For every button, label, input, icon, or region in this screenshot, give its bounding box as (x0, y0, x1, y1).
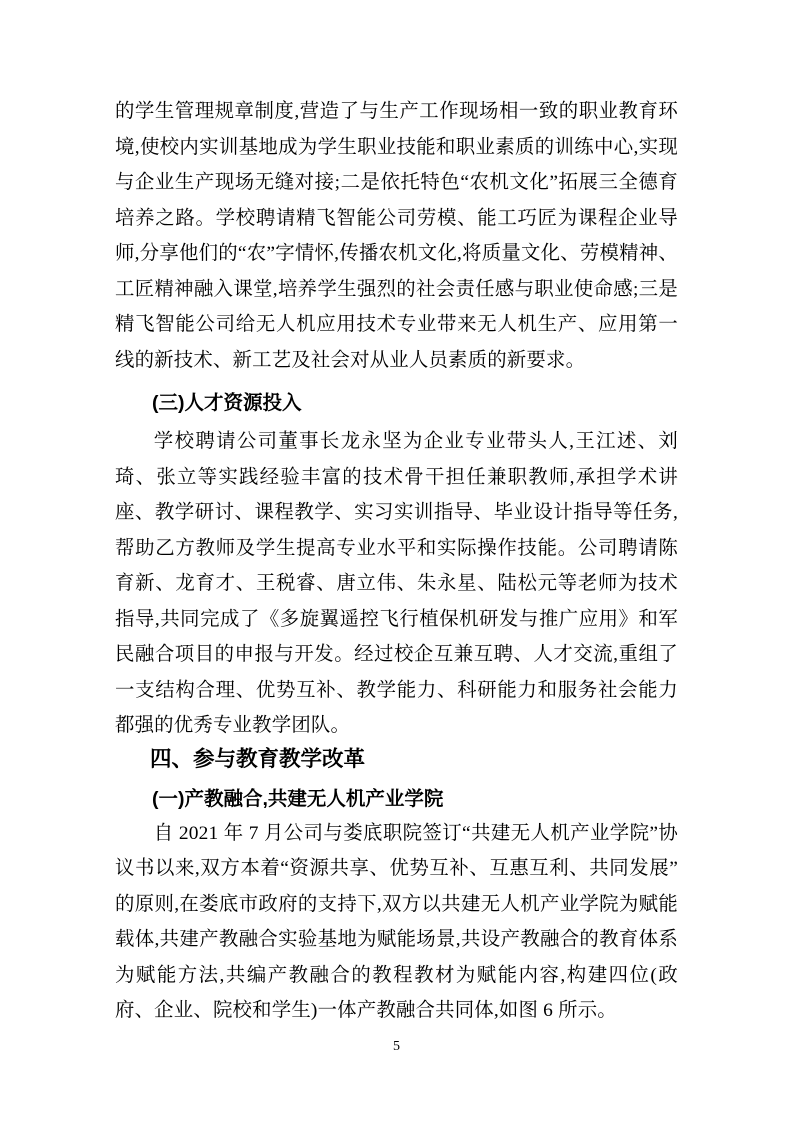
paragraph-student-management-continuation: 的学生管理规章制度,营造了与生产工作现场相一致的职业教育环境,使校内实训基地成为… (115, 94, 678, 378)
heading-section-four-education-reform: 四、参与教育教学改革 (115, 744, 678, 774)
paragraph-talent-resources: 学校聘请公司董事长龙永坚为企业专业带头人,王江述、刘琦、张立等实践经验丰富的技术… (115, 424, 678, 744)
paragraph-uav-industry-college: 自 2021 年 7 月公司与娄底职院签订“共建无人机产业学院”协议书以来,双方… (115, 816, 678, 1029)
subheading-industry-education-integration: (一)产教融合,共建无人机产业学院 (115, 786, 678, 812)
page-number: 5 (0, 1038, 793, 1056)
document-page: 的学生管理规章制度,营造了与生产工作现场相一致的职业教育环境,使校内实训基地成为… (0, 0, 793, 1122)
page-content: 的学生管理规章制度,营造了与生产工作现场相一致的职业教育环境,使校内实训基地成为… (115, 94, 678, 1029)
subheading-talent-resource-investment: (三)人才资源投入 (115, 390, 678, 416)
